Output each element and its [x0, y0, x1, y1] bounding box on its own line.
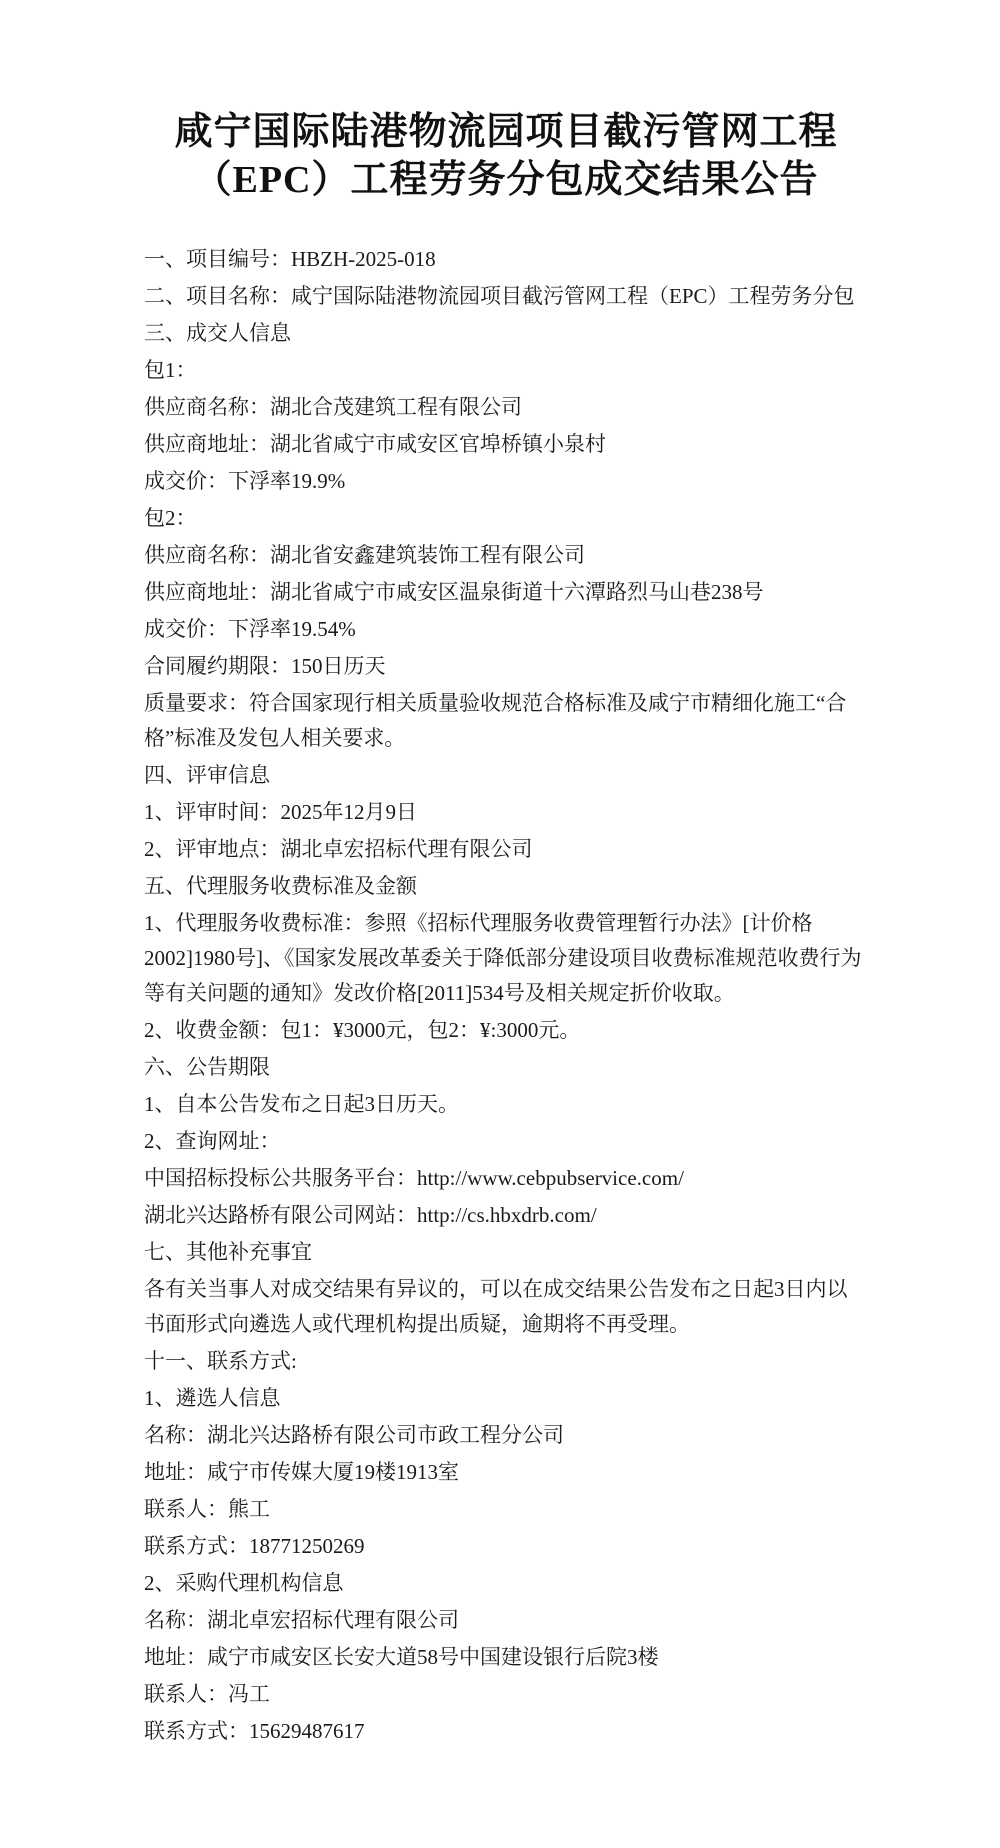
section-winner-info: 三、成交人信息 [144, 316, 868, 351]
line-query-urls-label: 2、查询网址： [144, 1124, 868, 1159]
line-agency-address: 地址：咸宁市咸安区长安大道58号中国建设银行后院3楼 [144, 1640, 868, 1675]
document-title-line-1: 咸宁国际陆港物流园项目截污管网工程 [144, 108, 868, 156]
line-hbxdrb-url: 湖北兴达路桥有限公司网站：http://cs.hbxdrb.com/ [144, 1198, 868, 1233]
line-project-name: 二、项目名称：咸宁国际陆港物流园项目截污管网工程（EPC）工程劳务分包 [144, 279, 868, 314]
line-agency-name: 名称：湖北卓宏招标代理有限公司 [144, 1603, 868, 1638]
line-fee-amount: 2、收费金额：包1：¥3000元，包2：¥:3000元。 [144, 1013, 868, 1048]
line-quality-requirement: 质量要求：符合国家现行相关质量验收规范合格标准及咸宁市精细化施工“合格”标准及发… [144, 686, 868, 756]
line-review-time: 1、评审时间：2025年12月9日 [144, 795, 868, 830]
document-title-line-2: （EPC）工程劳务分包成交结果公告 [144, 156, 868, 204]
line-selector-name: 名称：湖北兴达路桥有限公司市政工程分公司 [144, 1418, 868, 1453]
line-agency-info-label: 2、采购代理机构信息 [144, 1566, 868, 1601]
line-package1-award-price: 成交价：下浮率19.9% [144, 464, 868, 499]
line-project-number: 一、项目编号：HBZH-2025-018 [144, 242, 868, 277]
line-selector-address: 地址：咸宁市传媒大厦19楼1913室 [144, 1455, 868, 1490]
section-contact-info: 十一、联系方式: [144, 1344, 868, 1379]
line-selector-contact-person: 联系人：熊工 [144, 1492, 868, 1527]
section-other-matters: 七、其他补充事宜 [144, 1235, 868, 1270]
line-package1-supplier-address: 供应商地址：湖北省咸宁市咸安区官埠桥镇小泉村 [144, 427, 868, 462]
section-agency-fee: 五、代理服务收费标准及金额 [144, 869, 868, 904]
line-announcement-duration: 1、自本公告发布之日起3日历天。 [144, 1087, 868, 1122]
line-selector-info-label: 1、遴选人信息 [144, 1381, 868, 1416]
line-review-location: 2、评审地点：湖北卓宏招标代理有限公司 [144, 832, 868, 867]
document-body: 一、项目编号：HBZH-2025-018 二、项目名称：咸宁国际陆港物流园项目截… [144, 242, 868, 1749]
line-cebpubservice-url: 中国招标投标公共服务平台：http://www.cebpubservice.co… [144, 1161, 868, 1196]
line-agency-fee-standard: 1、代理服务收费标准：参照《招标代理服务收费管理暂行办法》[计价格2002]19… [144, 906, 868, 1011]
document-page: 咸宁国际陆港物流园项目截污管网工程 （EPC）工程劳务分包成交结果公告 一、项目… [0, 0, 1000, 1848]
line-package2-label: 包2： [144, 501, 868, 536]
line-agency-contact-person: 联系人：冯工 [144, 1677, 868, 1712]
line-contract-duration: 合同履约期限：150日历天 [144, 649, 868, 684]
line-package1-supplier-name: 供应商名称：湖北合茂建筑工程有限公司 [144, 390, 868, 425]
line-agency-contact-phone: 联系方式：15629487617 [144, 1714, 868, 1749]
line-selector-contact-phone: 联系方式：18771250269 [144, 1529, 868, 1564]
line-package2-award-price: 成交价：下浮率19.54% [144, 612, 868, 647]
section-announcement-period: 六、公告期限 [144, 1050, 868, 1085]
line-objection-notice: 各有关当事人对成交结果有异议的，可以在成交结果公告发布之日起3日内以书面形式向遴… [144, 1272, 868, 1342]
line-package1-label: 包1： [144, 353, 868, 388]
section-review-info: 四、评审信息 [144, 758, 868, 793]
document-title: 咸宁国际陆港物流园项目截污管网工程 （EPC）工程劳务分包成交结果公告 [144, 108, 868, 204]
line-package2-supplier-address: 供应商地址：湖北省咸宁市咸安区温泉街道十六潭路烈马山巷238号 [144, 575, 868, 610]
line-package2-supplier-name: 供应商名称：湖北省安鑫建筑装饰工程有限公司 [144, 538, 868, 573]
